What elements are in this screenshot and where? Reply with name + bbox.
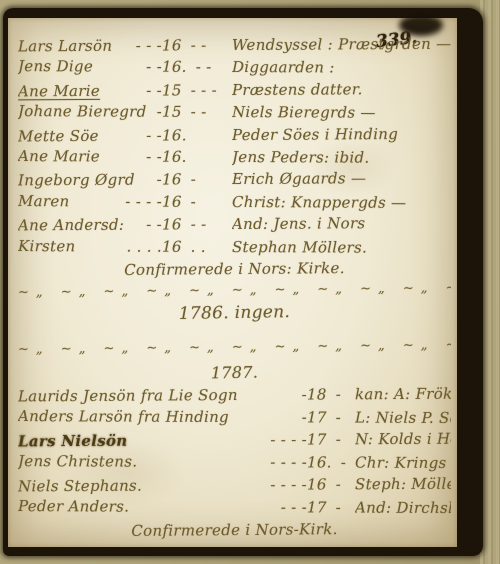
leader-dashes: - xyxy=(336,407,341,429)
residence-note: Christ: Knappergds — xyxy=(232,191,451,214)
confirmand-name: Jens Christens. xyxy=(18,450,137,473)
residence-note: Chr: Krings i Hd: xyxy=(355,452,451,475)
age-value: 16. xyxy=(162,146,187,169)
manuscript-photo: 339. Lars Larsön- - - 16- - Wendsyssel :… xyxy=(0,0,500,564)
record-row: Lars Larsön- - - 16- - Wendsyssel : Præs… xyxy=(18,33,451,58)
leader-dashes: - - xyxy=(191,213,207,236)
record-row: Ingeborg Øgrd- 16- Erich Øgaards — xyxy=(18,167,451,192)
confirmand-name: Ane Andersd: xyxy=(18,214,124,237)
residence-note: kan: A: Frökier — xyxy=(355,383,451,406)
leader-dashes: . . xyxy=(191,235,206,257)
leader-dashes: - - - xyxy=(191,79,217,102)
age-value: 16 xyxy=(162,191,182,213)
top-record-list: Lars Larsön- - - 16- - Wendsyssel : Præs… xyxy=(18,34,451,258)
leader-dashes: - xyxy=(191,169,197,191)
age-value: 16 xyxy=(162,235,182,257)
age-value: 17 xyxy=(307,407,327,429)
age-value: 16 xyxy=(162,34,182,57)
confirmand-name: Jens Dige xyxy=(18,55,93,78)
age-value: 17 xyxy=(307,496,327,518)
residence-note: Præstens datter. xyxy=(232,77,451,101)
age-value: 17 xyxy=(307,428,327,451)
record-row: Johane Bieregrd- 15- - Niels Bieregrds — xyxy=(18,100,451,124)
record-row: Mette Söe- - 16. Peder Söes i Hinding xyxy=(18,122,451,147)
leader-dashes: - - xyxy=(196,56,212,78)
residence-note: Erich Øgaards — xyxy=(232,167,451,191)
leader-dashes: - - - - xyxy=(270,428,307,451)
residence-note: Niels Bieregrds — xyxy=(232,101,451,124)
confirmand-name: Ane Marie xyxy=(18,145,100,168)
residence-note: And: Jens. i Nors xyxy=(232,212,451,236)
record-row: Maren- - - - 16- Christ: Knappergds — xyxy=(18,190,451,214)
confirmand-name: Peder Anders. xyxy=(18,495,129,518)
leader-dashes: - xyxy=(336,497,341,519)
age-value: 16. xyxy=(162,56,187,79)
confirmation-footer-1787: Confirmerede i Nors-Kirk. xyxy=(18,517,451,544)
confirmand-name: Johane Bieregrd xyxy=(18,100,147,123)
age-value: 16 xyxy=(162,214,182,237)
confirmand-name: Mette Söe xyxy=(18,124,99,147)
leader-dashes: - xyxy=(336,383,342,405)
record-row: Peder Anders.- - - 17- And: Dirchsles — xyxy=(18,495,451,519)
age-value: 16 xyxy=(307,473,327,496)
age-value: 18 xyxy=(307,383,327,406)
age-value: 15 xyxy=(162,79,182,102)
residence-note: And: Dirchsles — xyxy=(355,497,451,520)
confirmand-name: Anders Larsön fra Hinding xyxy=(18,406,229,429)
record-row: Ane Andersd:- - 16- - And: Jens. i Nors xyxy=(18,212,451,237)
leader-dashes: - - - xyxy=(136,34,162,57)
record-row: Laurids Jensön fra Lie Sogn- 18- kan: A:… xyxy=(18,383,451,408)
record-row: Lars Nielsön- - - - 17- N: Kolds i Hding xyxy=(18,428,451,453)
residence-note: Diggaarden : xyxy=(232,56,451,79)
record-row: Ane Marie- - 15- - - Præstens datter. xyxy=(18,77,451,102)
leader-dashes: - - xyxy=(146,124,162,147)
leader-dashes: - - xyxy=(146,146,162,168)
record-row: Ane Marie- - 16. Jens Peders: ibid. xyxy=(18,145,451,169)
residence-note: Wendsyssel : Præstgrden — xyxy=(232,33,451,57)
page-content: Lars Larsön- - - 16- - Wendsyssel : Præs… xyxy=(8,18,457,542)
leader-dashes: - - - - xyxy=(125,190,162,213)
age-value: 16 xyxy=(162,169,182,192)
leader-dashes: - - - - xyxy=(270,473,307,496)
leader-dashes: - - xyxy=(191,34,207,57)
record-row: Anders Larsön fra Hinding- 17- L: Niels … xyxy=(18,406,451,430)
leader-dashes: - - xyxy=(191,101,207,123)
record-row: Jens Christens.- - - - 16.- Chr: Krings … xyxy=(18,450,451,474)
confirmand-name: Ingeborg Øgrd xyxy=(18,169,135,192)
residence-note: Steph: Möllers xyxy=(355,472,451,495)
residence-note: Peder Söes i Hinding xyxy=(232,122,451,146)
residence-note: L: Niels P. Söe — xyxy=(355,407,451,430)
leader-dashes: - - xyxy=(146,214,162,237)
age-value: 16. xyxy=(162,124,187,147)
age-value: 16. xyxy=(307,452,332,475)
record-row: Niels Stephans.- - - - 16- Steph: Möller… xyxy=(18,472,451,497)
leader-dashes: - - - xyxy=(281,496,307,519)
record-row: Kirsten. . . . 16. . Stephan Möllers. xyxy=(18,235,451,259)
confirmand-name: Niels Stephans. xyxy=(18,474,142,497)
confirmand-name: Maren xyxy=(18,190,70,213)
confirmand-name: Ane Marie xyxy=(18,80,100,103)
leader-dashes: - xyxy=(191,191,196,213)
leader-dashes: - xyxy=(336,473,342,495)
leader-dashes: - - xyxy=(146,56,162,78)
age-value: 15 xyxy=(162,101,182,123)
leader-dashes: - - - - xyxy=(270,451,307,474)
confirmand-name: Kirsten xyxy=(18,235,76,258)
record-row: Jens Dige- - 16.- - Diggaarden : xyxy=(18,55,451,79)
leader-dashes: . . . . xyxy=(126,235,162,258)
leader-dashes: - - xyxy=(146,79,162,102)
record-list-1787: Laurids Jensön fra Lie Sogn- 18- kan: A:… xyxy=(18,384,451,518)
book-page-edges xyxy=(480,0,500,564)
residence-note: N: Kolds i Hding xyxy=(355,428,451,451)
leader-dashes: - xyxy=(336,428,342,450)
leader-dashes: - xyxy=(341,452,346,474)
register-page: 339. Lars Larsön- - - 16- - Wendsyssel :… xyxy=(3,8,483,556)
